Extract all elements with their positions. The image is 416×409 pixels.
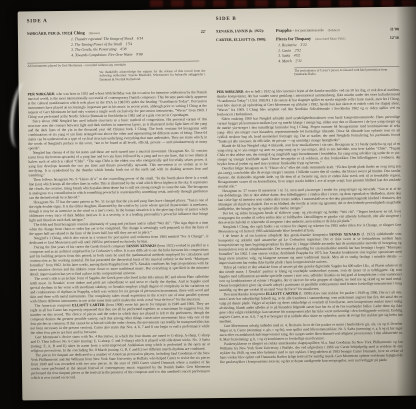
record-back-cover: SIDE A NØRGÅRD, PER (b. 1932): I Ching(H… xyxy=(18,7,416,401)
liner-notes-paragraph: The work’s title is an archaic form of S… xyxy=(30,275,209,304)
liner-notes-paragraph: Then follows hexagram No. 9 “Hsiao ch’u”… xyxy=(29,176,208,201)
liner-notes-danish: PER NØRGÅRD, der er født i 1932 og blev … xyxy=(217,88,403,365)
funding-acknowledgment: We thankfully acknowledge the support fo… xyxy=(99,69,205,81)
liner-notes-paragraph: Nørgård has chosen 4 of the 64 states an… xyxy=(28,149,207,178)
radio-permission-note: The performance of Carter’s pieces is re… xyxy=(294,66,399,76)
liner-notes-paragraph: PER NØRGÅRD, who was born in 1932 and wh… xyxy=(28,90,207,119)
work-duration: 22' xyxy=(189,29,206,34)
movement-list: 1. Thunder repeated: The Image of Shock6… xyxy=(71,35,206,58)
liner-notes-paragraph: Siden omkring 1960 har Nørgård arbejdet … xyxy=(217,115,400,144)
work-title: I Ching xyxy=(71,30,85,35)
movement-item: 4. Towards Completion: Fire Over Water9'… xyxy=(71,51,206,58)
liner-notes-paragraph: The American composer ELLIOTT CARTER (bo… xyxy=(30,302,209,336)
liner-notes-paragraph: Hexagram No. 57 has the same pattern as … xyxy=(29,198,208,223)
side-a-heading: SIDE A xyxy=(27,16,206,24)
publisher-credit: (Associated Music Publ.) xyxy=(315,37,345,40)
photo-edge-shadow xyxy=(396,0,416,409)
composer-name: CARTER, ELLIOTT (b. 1908): xyxy=(216,37,276,42)
composer-name: XENAKIS, IANNIS (b. 1922): xyxy=(216,28,276,33)
work-subtitle: – for percussion solo xyxy=(292,28,323,33)
liner-notes-paragraph: Paukestykkerne er tilegnet en række amer… xyxy=(220,340,403,365)
movement-item: 4. March2'31 xyxy=(278,57,399,64)
liner-notes-paragraph: Derefter følger hexagram nr. 9, “Hsiao c… xyxy=(218,164,401,189)
work-line: Psappha – for percussion solo(Salabert) xyxy=(276,27,379,33)
work-line: Pieces for Timpany(Associated Music Publ… xyxy=(276,35,379,41)
work-line: I Ching(Hansen) xyxy=(71,29,189,35)
liner-notes-paragraph: Blandt de 64 har Nørgård valgt 4 tilstan… xyxy=(217,142,400,167)
work-title: Psappha xyxy=(276,28,292,33)
cover-content: SIDE A NØRGÅRD, PER (b. 1932): I Ching(H… xyxy=(18,7,416,401)
side-b-heading: SIDE B xyxy=(216,14,399,22)
side-a-column: SIDE A NØRGÅRD, PER (b. 1932): I Ching(H… xyxy=(27,16,207,82)
liner-notes-paragraph: During the first years of his career the… xyxy=(29,243,208,277)
liner-notes-paragraph: The pieces for timpani are dedicated to … xyxy=(31,351,210,380)
liner-notes-paragraph: Den amerikanske komponist ELLIOTT CARTER… xyxy=(219,290,402,324)
liner-notes-paragraph: Gert Mortensen’s choice starts with No. … xyxy=(31,333,210,353)
movement-list: 1. Recitative3'22 2. Canto2'52 3. Saëta4… xyxy=(278,41,399,63)
publisher-credit: (Hansen) xyxy=(89,32,100,35)
work-entry-xenakis: XENAKIS, IANNIS (b. 1922): Psappha – for… xyxy=(216,26,399,33)
composer-name: NØRGÅRD, PER (b. 1932): xyxy=(27,31,71,36)
liner-notes-paragraph: Gert Mortensens udvalg indledes med nr. … xyxy=(219,322,402,342)
work-title: Pieces for Timpany xyxy=(276,36,311,41)
liner-notes-paragraph: Titlen på værket er den arkaiske form af… xyxy=(219,263,402,292)
publisher-credit: (Salabert) xyxy=(328,29,340,32)
side-b-column: SIDE B XENAKIS, IANNIS (b. 1922): Psapph… xyxy=(216,14,400,78)
liner-notes-paragraph: Since about 1960 Nørgård has used infini… xyxy=(28,117,207,151)
liner-notes-paragraph: Hexagram nr. 57 svarer til mønsteret i n… xyxy=(218,187,401,212)
photo-background-artifact xyxy=(150,0,416,7)
liner-notes-english: PER NØRGÅRD, who was born in 1932 and wh… xyxy=(28,90,211,380)
liner-notes-paragraph: PER NØRGÅRD, der er født i 1932 og blev … xyxy=(217,88,400,117)
liner-notes-paragraph: I de første år af sin karriere arbejdede… xyxy=(218,232,401,266)
photo-of-record-back-cover: SIDE A NØRGÅRD, PER (b. 1932): I Ching(H… xyxy=(0,0,416,409)
